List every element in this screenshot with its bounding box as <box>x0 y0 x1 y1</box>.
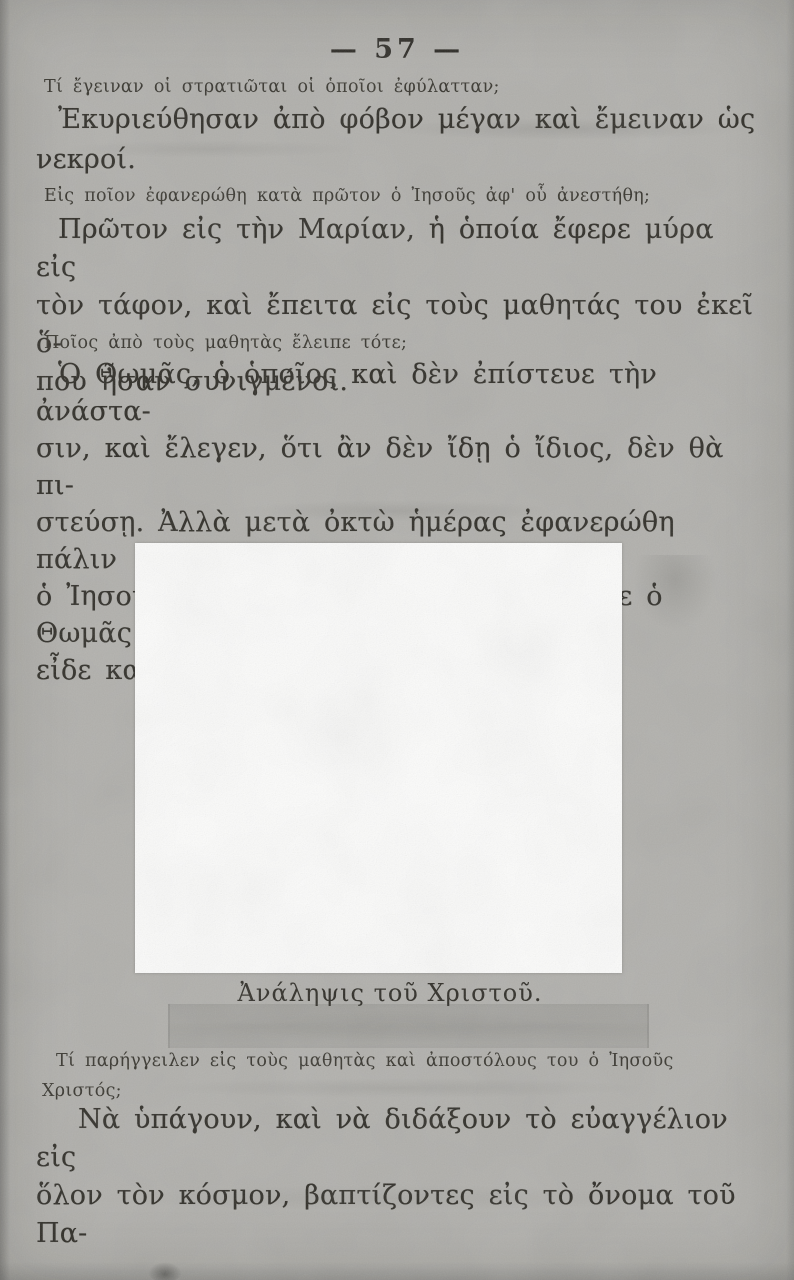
page-number: — 57 — <box>0 34 794 65</box>
illustration-caption: Ἀνάληψις τοῦ Χριστοῦ. <box>0 979 780 1007</box>
scan-edge-shadow-left <box>0 0 10 1280</box>
scan-edge-shadow-bottom <box>0 1262 794 1280</box>
question-2: Εἰς ποῖον ἐφανερώθη κατὰ πρῶτον ὁ Ἰησοῦς… <box>44 181 760 211</box>
scan-edge-shadow-right <box>786 0 794 1280</box>
answer-4: Νὰ ὑπάγουν, καὶ νὰ διδάξουν τὸ εὐαγγέλιο… <box>36 1101 762 1253</box>
answer-1: Ἐκυριεύθησαν ἀπὸ φόβον μέγαν καὶ ἔμειναν… <box>36 100 762 180</box>
removed-illustration-plate <box>135 543 622 973</box>
question-3: Ποῖος ἀπὸ τοὺς μαθητὰς ἔλειπε τότε; <box>44 328 760 358</box>
scanned-book-page: — 57 — Τί ἔγειναν οἱ στρατιῶται οἱ ὁποῖο… <box>0 0 794 1280</box>
show-through-engraving <box>168 1004 649 1048</box>
question-4: Τί παρήγγειλεν εἰς τοὺς μαθητὰς καὶ ἀποσ… <box>42 1046 758 1106</box>
question-1: Τί ἔγειναν οἱ στρατιῶται οἱ ὁποῖοι ἐφύλα… <box>44 72 760 102</box>
